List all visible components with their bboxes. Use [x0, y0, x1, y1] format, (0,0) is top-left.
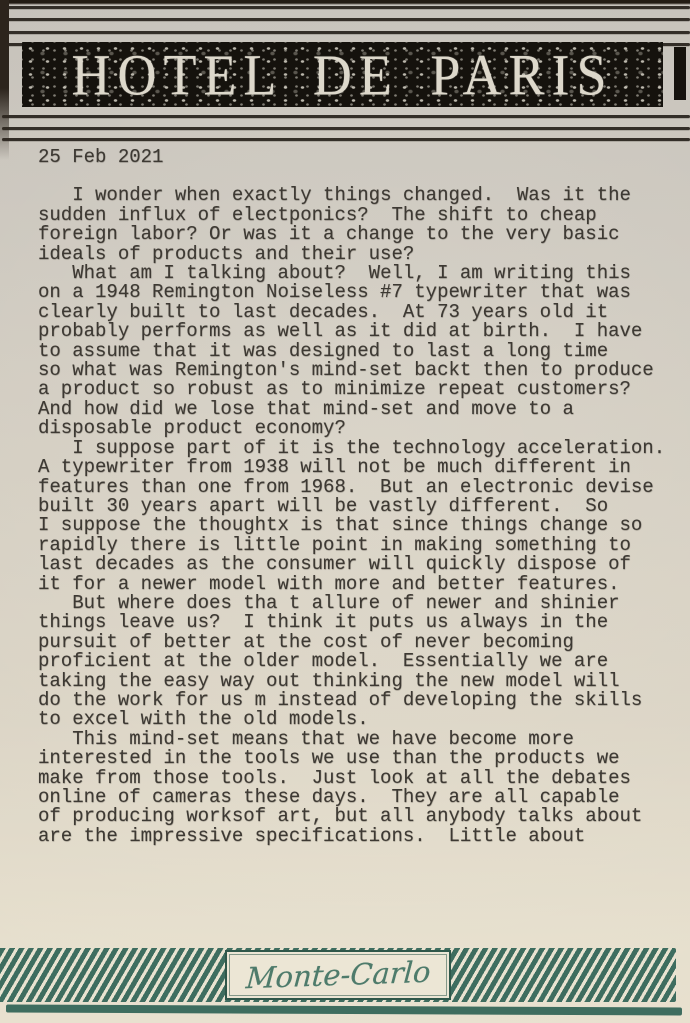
letter-paragraph-1: I wonder when exactly things changed. Wa…: [38, 186, 678, 264]
footer-rule-bar: [6, 1005, 682, 1016]
letter-paragraph-5: This mind-set means that we have become …: [38, 730, 678, 846]
letter-paragraph-4: But where does tha t allure of newer and…: [38, 594, 678, 730]
monte-carlo-label: Monte-Carlo: [225, 950, 451, 1000]
ruled-line: [2, 18, 690, 21]
letter-photo: HOTEL DE PARIS 25 Feb 2021 I wonder when…: [0, 0, 690, 1023]
letter-paragraph-3: I suppose part of it is the technology a…: [38, 439, 678, 594]
photo-edge-left: [0, 0, 9, 160]
ruled-line: [2, 115, 690, 118]
letter-paragraph-2: What am I talking about? Well, I am writ…: [38, 264, 678, 439]
letter-date: 25 Feb 2021: [38, 148, 678, 167]
ruled-line: [2, 138, 690, 141]
ruled-line: [2, 127, 690, 130]
striped-band: Monte-Carlo: [0, 948, 676, 1002]
banner-edge-ornament: [674, 47, 686, 100]
ruled-line: [2, 31, 690, 34]
letter-body: 25 Feb 2021 I wonder when exactly things…: [38, 148, 678, 846]
hotel-banner: HOTEL DE PARIS: [22, 42, 663, 107]
photo-edge-top: [0, 0, 690, 5]
hotel-name: HOTEL DE PARIS: [71, 42, 613, 107]
monte-carlo-text: Monte-Carlo: [245, 955, 432, 996]
ruled-line: [2, 6, 690, 9]
